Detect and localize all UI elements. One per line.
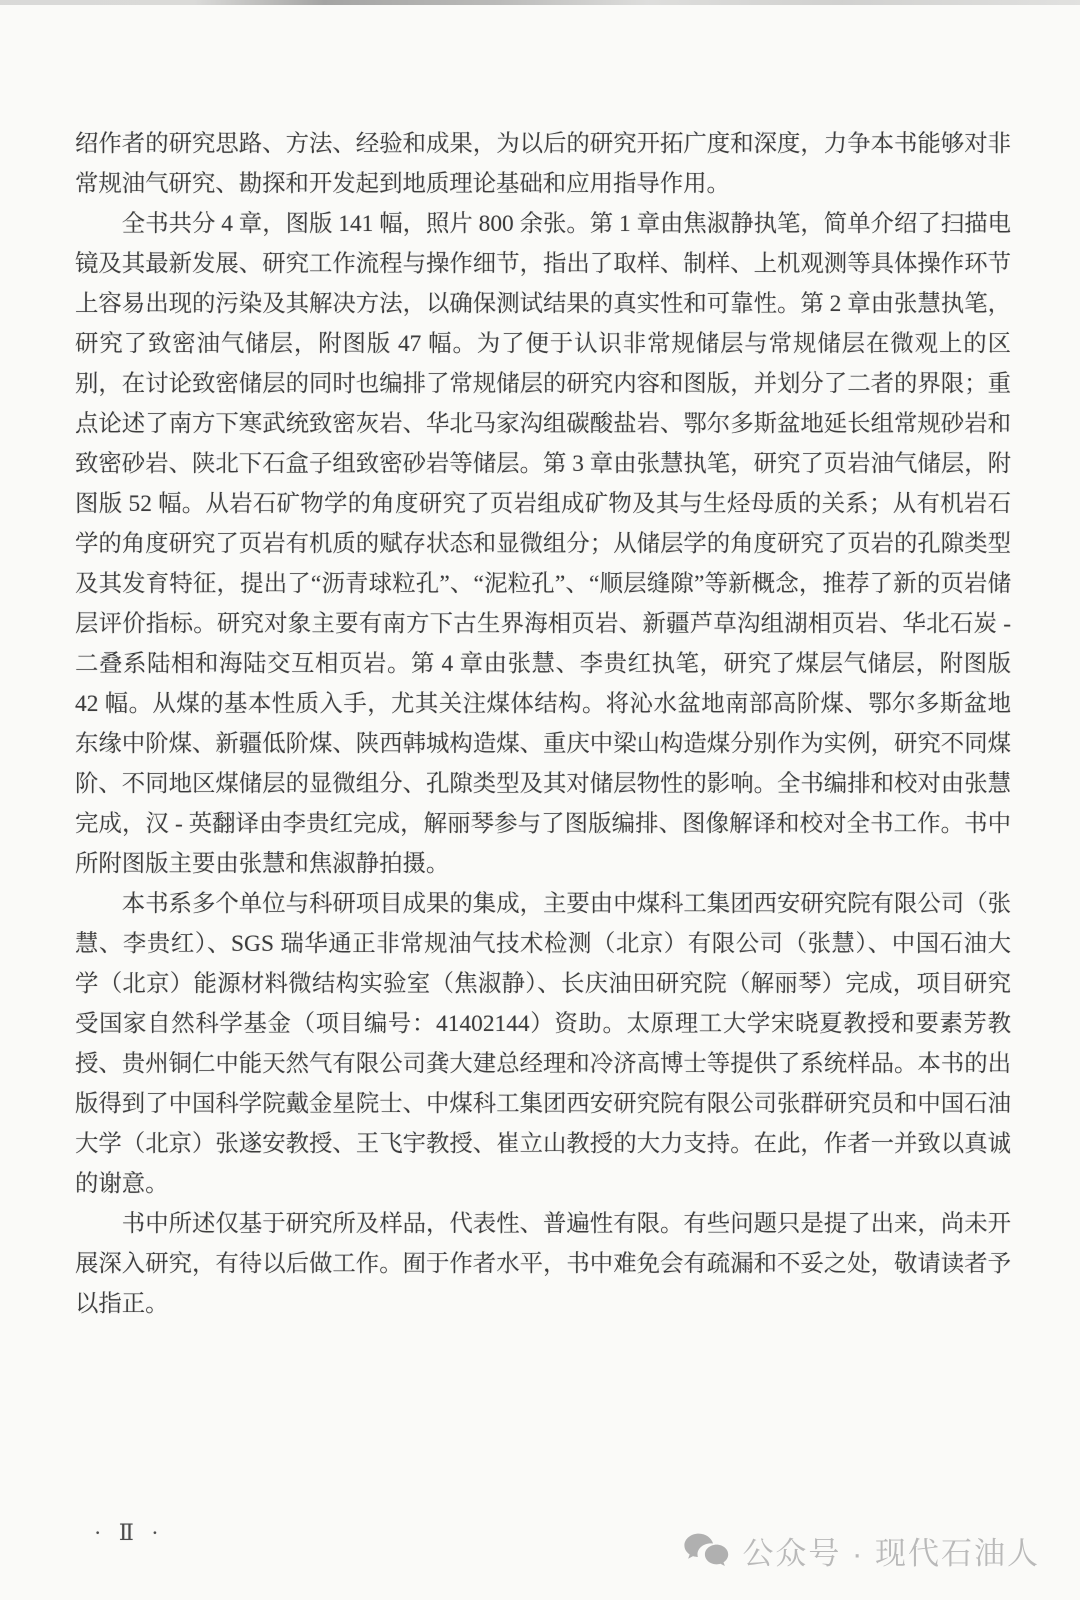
watermark: 公众号 · 现代石油人 — [682, 1528, 1040, 1573]
paragraph-acknowledgements: 本书系多个单位与科研项目成果的集成，主要由中煤科工集团西安研究院有限公司（张慧、… — [75, 884, 1011, 1204]
document-page: 绍作者的研究思路、方法、经验和成果，为以后的研究开拓广度和深度，力争本书能够对非… — [0, 0, 1080, 1600]
page-number: · Ⅱ · — [94, 1520, 165, 1546]
paragraph-closing-remarks: 书中所述仅基于研究所及样品，代表性、普遍性有限。有些问题只是提了出来，尚未开展深… — [75, 1204, 1011, 1324]
paragraph-chapters-overview: 全书共分 4 章，图版 141 幅，照片 800 余张。第 1 章由焦淑静执笔，… — [75, 204, 1011, 884]
wechat-icon — [682, 1531, 730, 1571]
watermark-label: 公众号 · 现代石油人 — [742, 1528, 1040, 1573]
scan-artifact-top — [0, 0, 1080, 5]
paragraph-continuation: 绍作者的研究思路、方法、经验和成果，为以后的研究开拓广度和深度，力争本书能够对非… — [75, 124, 1011, 204]
preface-text-block: 绍作者的研究思路、方法、经验和成果，为以后的研究开拓广度和深度，力争本书能够对非… — [75, 124, 1011, 1324]
